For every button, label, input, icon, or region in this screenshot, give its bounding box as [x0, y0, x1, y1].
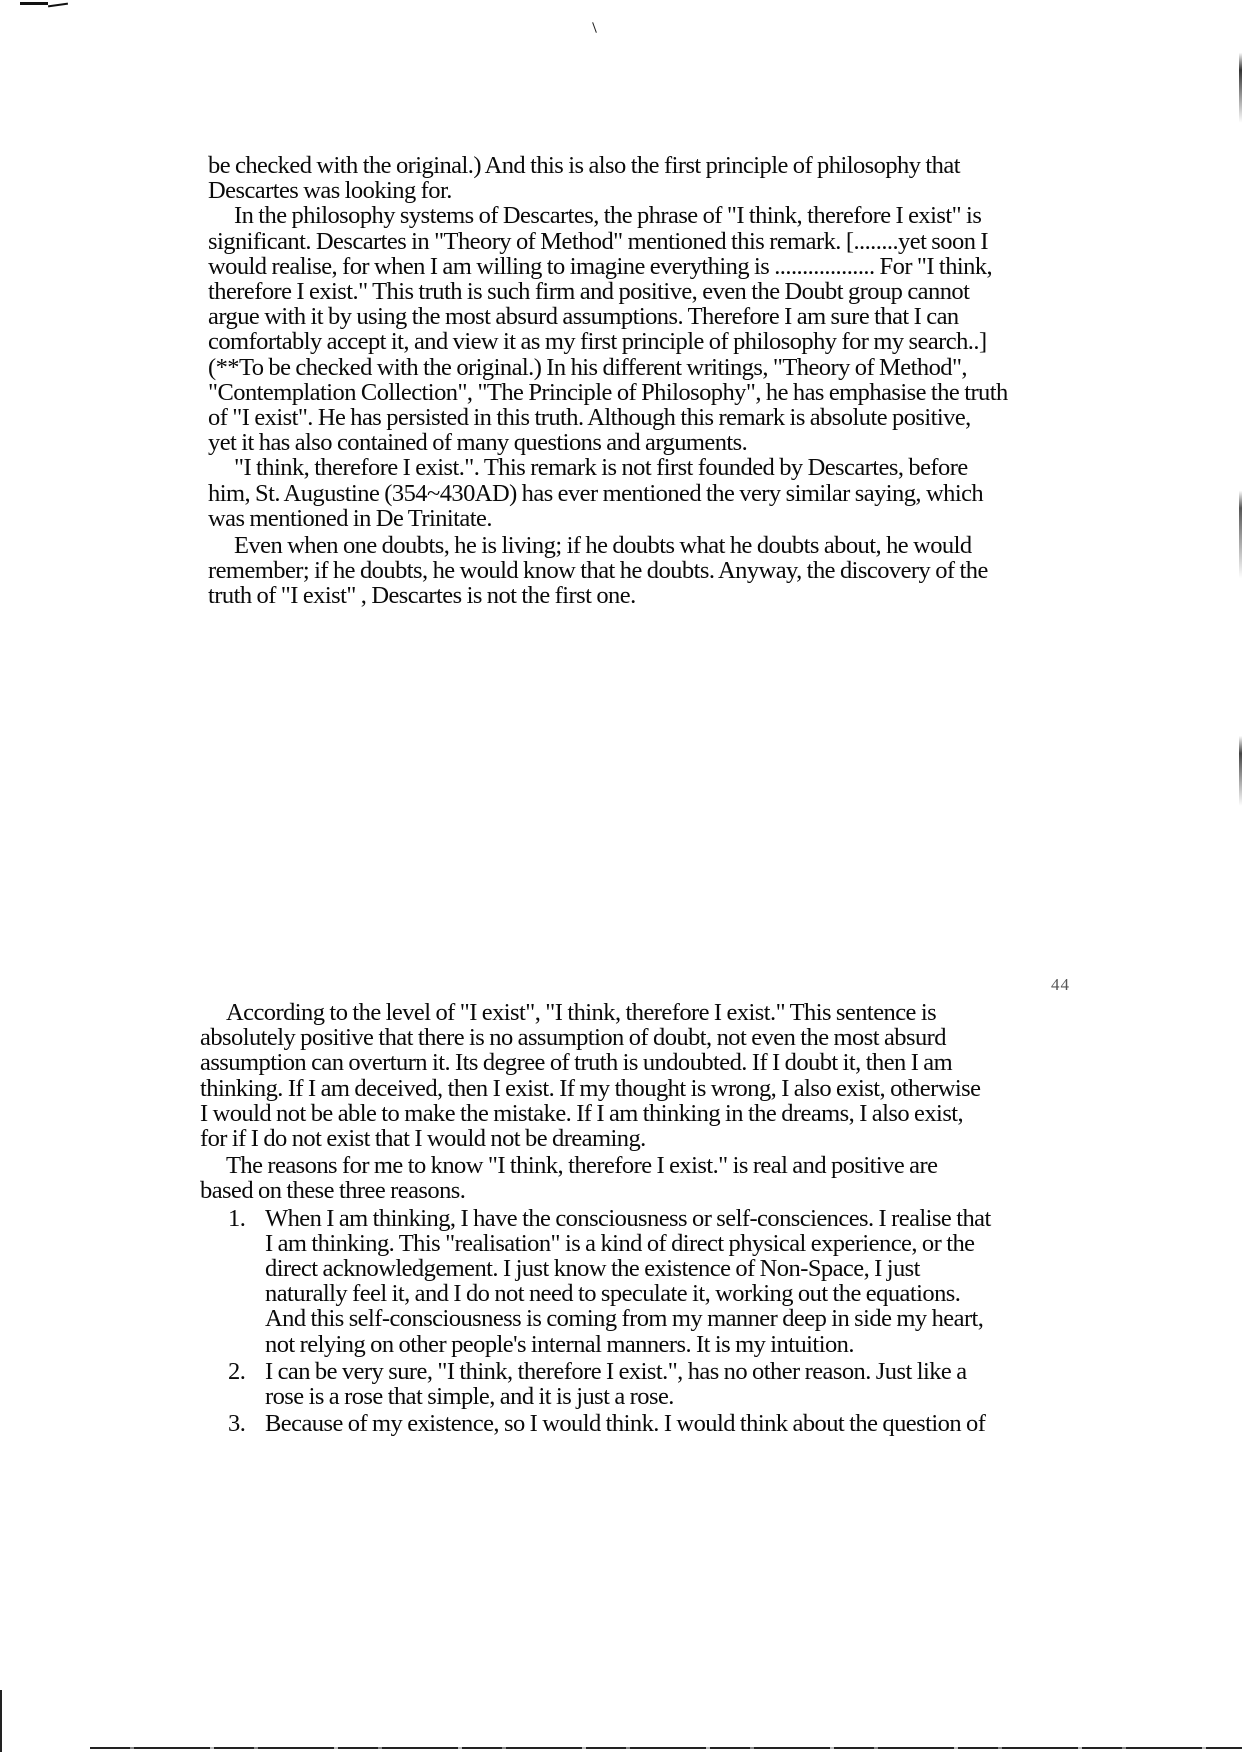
- text-line: Descartes was looking for.: [208, 178, 1108, 203]
- text-line: therefore I exist." This truth is such f…: [208, 279, 1108, 304]
- paragraph: According to the level of "I exist", "I …: [200, 1000, 1100, 1151]
- text-line: based on these three reasons.: [200, 1178, 1100, 1203]
- paragraph: Even when one doubts, he is living; if h…: [208, 533, 1108, 609]
- text-line: I would not be able to make the mistake.…: [200, 1101, 1100, 1126]
- text-line: Because of my existence, so I would thin…: [265, 1411, 1100, 1436]
- text-line: naturally feel it, and I do not need to …: [265, 1281, 1100, 1306]
- text-line: of "I exist". He has persisted in this t…: [208, 405, 1108, 430]
- text-line: significant. Descartes in "Theory of Met…: [208, 229, 1108, 254]
- text-line: When I am thinking, I have the conscious…: [265, 1206, 1100, 1231]
- text-line: comfortably accept it, and view it as my…: [208, 329, 1108, 354]
- text-line: absolutely positive that there is no ass…: [200, 1025, 1100, 1050]
- text-line: rose is a rose that simple, and it is ju…: [265, 1384, 1100, 1409]
- list-item: 3. Because of my existence, so I would t…: [200, 1411, 1100, 1436]
- text-line: would realise, for when I am willing to …: [208, 254, 1108, 279]
- text-line: not relying on other people's internal m…: [265, 1332, 1100, 1357]
- text-line: (**To be checked with the original.) In …: [208, 355, 1108, 380]
- text-line: "I think, therefore I exist.". This rema…: [208, 455, 1108, 480]
- scan-artifact-tick: [592, 22, 597, 33]
- text-line: be checked with the original.) And this …: [208, 153, 1108, 178]
- text-line: "Contemplation Collection", "The Princip…: [208, 380, 1108, 405]
- text-line: truth of "I exist" , Descartes is not th…: [208, 583, 1108, 608]
- page-number: 44: [1051, 975, 1070, 995]
- paragraph: In the philosophy systems of Descartes, …: [208, 203, 1108, 455]
- document-top-section: be checked with the original.) And this …: [208, 153, 1108, 609]
- scan-artifact-top-left: [0, 2, 68, 8]
- list-item: 2. I can be very sure, "I think, therefo…: [200, 1359, 1100, 1409]
- text-line: I am thinking. This "realisation" is a k…: [265, 1231, 1100, 1256]
- reasons-list: 1. When I am thinking, I have the consci…: [200, 1206, 1100, 1437]
- text-line: yet it has also contained of many questi…: [208, 430, 1108, 455]
- text-line: The reasons for me to know "I think, the…: [200, 1153, 1100, 1178]
- text-line: argue with it by using the most absurd a…: [208, 304, 1108, 329]
- text-line: In the philosophy systems of Descartes, …: [208, 203, 1108, 228]
- document-bottom-section: According to the level of "I exist", "I …: [200, 1000, 1100, 1436]
- paragraph: The reasons for me to know "I think, the…: [200, 1153, 1100, 1203]
- text-line: remember; if he doubts, he would know th…: [208, 558, 1108, 583]
- text-line: I can be very sure, "I think, therefore …: [265, 1359, 1100, 1384]
- text-line: him, St. Augustine (354~430AD) has ever …: [208, 481, 1108, 506]
- list-number: 2.: [228, 1359, 245, 1384]
- text-line: And this self-consciousness is coming fr…: [265, 1306, 1100, 1331]
- scan-edge-bottom: [90, 1747, 1242, 1749]
- text-line: for if I do not exist that I would not b…: [200, 1126, 1100, 1151]
- text-line: direct acknowledgement. I just know the …: [265, 1256, 1100, 1281]
- paragraph: be checked with the original.) And this …: [208, 153, 1108, 203]
- list-number: 3.: [228, 1411, 245, 1436]
- list-item: 1. When I am thinking, I have the consci…: [200, 1206, 1100, 1357]
- paragraph: "I think, therefore I exist.". This rema…: [208, 455, 1108, 531]
- list-number: 1.: [228, 1206, 245, 1231]
- scan-edge-left: [0, 1690, 2, 1752]
- text-line: was mentioned in De Trinitate.: [208, 506, 1108, 531]
- text-line: According to the level of "I exist", "I …: [200, 1000, 1100, 1025]
- text-line: Even when one doubts, he is living; if h…: [208, 533, 1108, 558]
- text-line: thinking. If I am deceived, then I exist…: [200, 1076, 1100, 1101]
- text-line: assumption can overturn it. Its degree o…: [200, 1050, 1100, 1075]
